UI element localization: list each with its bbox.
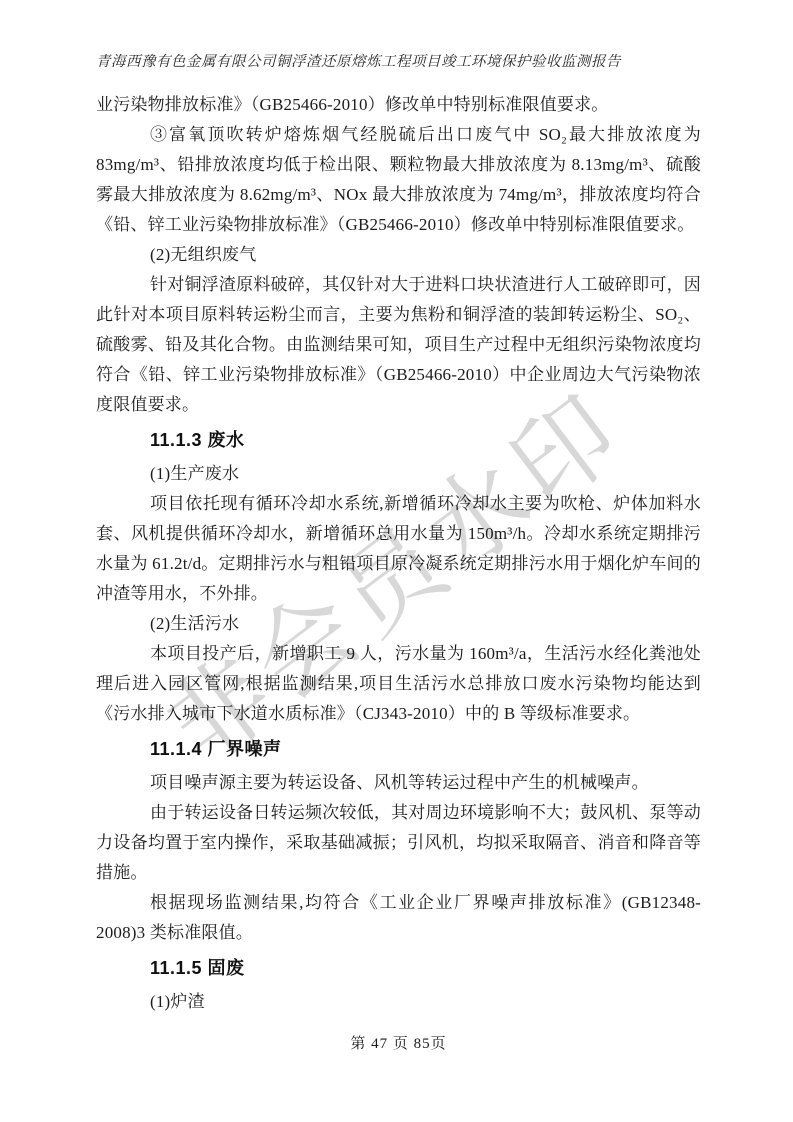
page-footer-number: 第 47 页 85页	[96, 1032, 701, 1053]
section-heading-11-1-3-wastewater: 11.1.3 废水	[96, 425, 701, 455]
page-header-title: 青海西豫有色金属有限公司铜浮渣还原熔炼工程项目竣工环境保护验收监测报告	[96, 52, 701, 72]
subheading-furnace-slag: (1)炉渣	[96, 987, 701, 1017]
subheading-production-wastewater: (1)生产废水	[96, 459, 701, 489]
paragraph-noise-mitigation: 由于转运设备日转运频次较低，其对周边环境影响不大；鼓风机、泵等动力设备均置于室内…	[96, 798, 701, 888]
document-page: 非会员水印 青海西豫有色金属有限公司铜浮渣还原熔炼工程项目竣工环境保护验收监测报…	[0, 0, 793, 1122]
paragraph-domestic-sewage: 本项目投产后，新增职工 9 人，污水量为 160m³/a，生活污水经化粪池处理后…	[96, 639, 701, 729]
paragraph-continuation: 业污染物排放标准》（GB25466-2010）修改单中特别标准限值要求。	[96, 90, 701, 120]
paragraph-noise-monitoring-result: 根据现场监测结果,均符合《工业企业厂界噪声排放标准》(GB12348-2008)…	[96, 888, 701, 948]
subheading-unorganized-waste-gas: (2)无组织废气	[96, 240, 701, 270]
paragraph-noise-sources: 项目噪声源主要为转运设备、风机等转运过程中产生的机械噪声。	[96, 768, 701, 798]
paragraph-unorganized-waste-gas: 针对铜浮渣原料破碎，其仅针对大于进料口块状渣进行人工破碎即可，因此针对本项目原料…	[96, 270, 701, 420]
section-heading-11-1-5-solid-waste: 11.1.5 固废	[96, 953, 701, 983]
section-heading-11-1-4-boundary-noise: 11.1.4 厂界噪声	[96, 734, 701, 764]
subheading-domestic-sewage: (2)生活污水	[96, 609, 701, 639]
page-content: 青海西豫有色金属有限公司铜浮渣还原熔炼工程项目竣工环境保护验收监测报告 业污染物…	[0, 0, 793, 1017]
paragraph-production-wastewater: 项目依托现有循环冷却水系统,新增循环冷却水主要为吹枪、炉体加料水套、风机提供循环…	[96, 489, 701, 609]
paragraph-flue-gas-item3: ③富氧顶吹转炉熔炼烟气经脱硫后出口废气中 SO₂最大排放浓度为 83mg/m³、…	[96, 120, 701, 240]
